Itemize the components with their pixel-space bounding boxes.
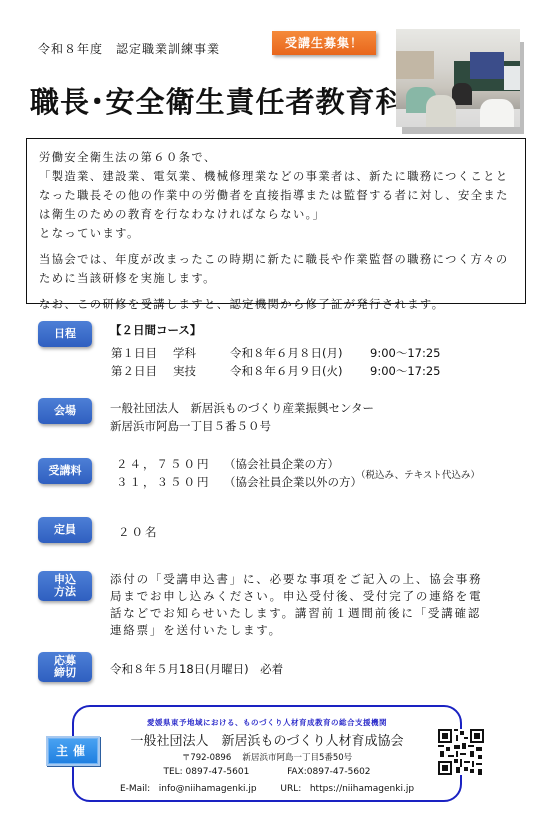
intro-paragraph-law: 労働安全衛生法の第６０条で、 「製造業、建設業、電気業、機械修理業などの事業者は…: [39, 148, 515, 243]
fee-note-nonmember: （協会社員企業以外の方）: [224, 474, 362, 490]
deadline-label: 応募 締切: [38, 652, 92, 682]
organizer-fax: FAX:0897-47-5602: [287, 767, 370, 777]
host-label: 主催: [46, 736, 100, 766]
organizer-address: 〒792-0896 新居浜市阿島一丁目5番50号: [96, 751, 438, 763]
url-label: URL:: [280, 784, 301, 794]
fee-amount-member: ２４，７５０円: [116, 456, 211, 472]
classroom-photo: [396, 29, 520, 127]
schedule-date: 令和８年６月９日(火): [230, 363, 370, 379]
schedule-type: 実技: [173, 363, 230, 379]
capacity-value: ２０名: [118, 524, 159, 540]
course-type: 【２日間コース】: [110, 322, 201, 338]
application-label-line2: 方法: [54, 586, 76, 598]
fee-note-member: （協会社員企業の方）: [224, 456, 339, 472]
deadline-label-line2: 締切: [54, 667, 76, 679]
schedule-time: 9:00～17:25: [370, 363, 440, 379]
page-title: 職長･安全衛生責任者教育科: [30, 80, 406, 121]
schedule-date: 令和８年６月８日(月): [230, 345, 370, 361]
intro-paragraph-certificate: なお、この研修を受講しますと、認定機関から修了証が発行されます。: [39, 295, 515, 314]
deadline-value: 令和８年５月18日(月曜日) 必着: [110, 661, 283, 677]
organizer-tel: TEL: 0897-47-5601: [163, 767, 249, 777]
organizer-tagline: 愛媛県東予地域における、ものづくり人材育成教育の総合支援機関: [96, 717, 438, 728]
qr-code-icon[interactable]: [438, 729, 484, 775]
schedule-day: 第２日目: [111, 363, 173, 379]
organizer-phone-fax: TEL: 0897-47-5601 FAX:0897-47-5602: [96, 767, 438, 777]
fee-tax-note: （税込み、テキスト代込み）: [356, 467, 480, 481]
schedule-type: 学科: [173, 345, 230, 361]
capacity-label: 定員: [38, 517, 92, 543]
venue-address: 新居浜市阿島一丁目５番５０号: [110, 418, 271, 434]
recruiting-badge: 受講生募集！: [272, 31, 376, 55]
application-text: 添付の「受講申込書」に、必要な事項をご記入の上、協会事務局までお申し込みください…: [110, 571, 490, 639]
url-link[interactable]: https://niihamagenki.jp: [310, 784, 414, 794]
organizer-contact: E-Mail: info@niihamagenki.jp URL: https:…: [96, 784, 438, 794]
application-label: 申込 方法: [38, 571, 92, 601]
email-label: E-Mail:: [120, 784, 150, 794]
fee-amount-nonmember: ３１，３５０円: [116, 474, 211, 490]
venue-label: 会場: [38, 398, 92, 424]
schedule-day: 第１日目: [111, 345, 173, 361]
email-link[interactable]: info@niihamagenki.jp: [159, 784, 257, 794]
schedule-time: 9:00～17:25: [370, 345, 440, 361]
schedule-label: 日程: [38, 321, 92, 347]
schedule-row-day1: 第１日目学科令和８年６月８日(月)9:00～17:25: [111, 345, 440, 361]
fee-label: 受講料: [38, 458, 92, 484]
venue-name: 一般社団法人 新居浜ものづくり産業振興センター: [110, 400, 374, 416]
organizer-name: 一般社団法人 新居浜ものづくり人材育成協会: [96, 730, 438, 749]
intro-paragraph-purpose: 当協会では、年度が改まったこの時期に新たに職長や作業監督の職務につく方々のために…: [39, 250, 515, 288]
program-subtitle: 令和８年度 認定職業訓練事業: [38, 40, 220, 57]
schedule-row-day2: 第２日目実技令和８年６月９日(火)9:00～17:25: [111, 363, 440, 379]
intro-box: 労働安全衛生法の第６０条で、 「製造業、建設業、電気業、機械修理業などの事業者は…: [26, 138, 526, 304]
